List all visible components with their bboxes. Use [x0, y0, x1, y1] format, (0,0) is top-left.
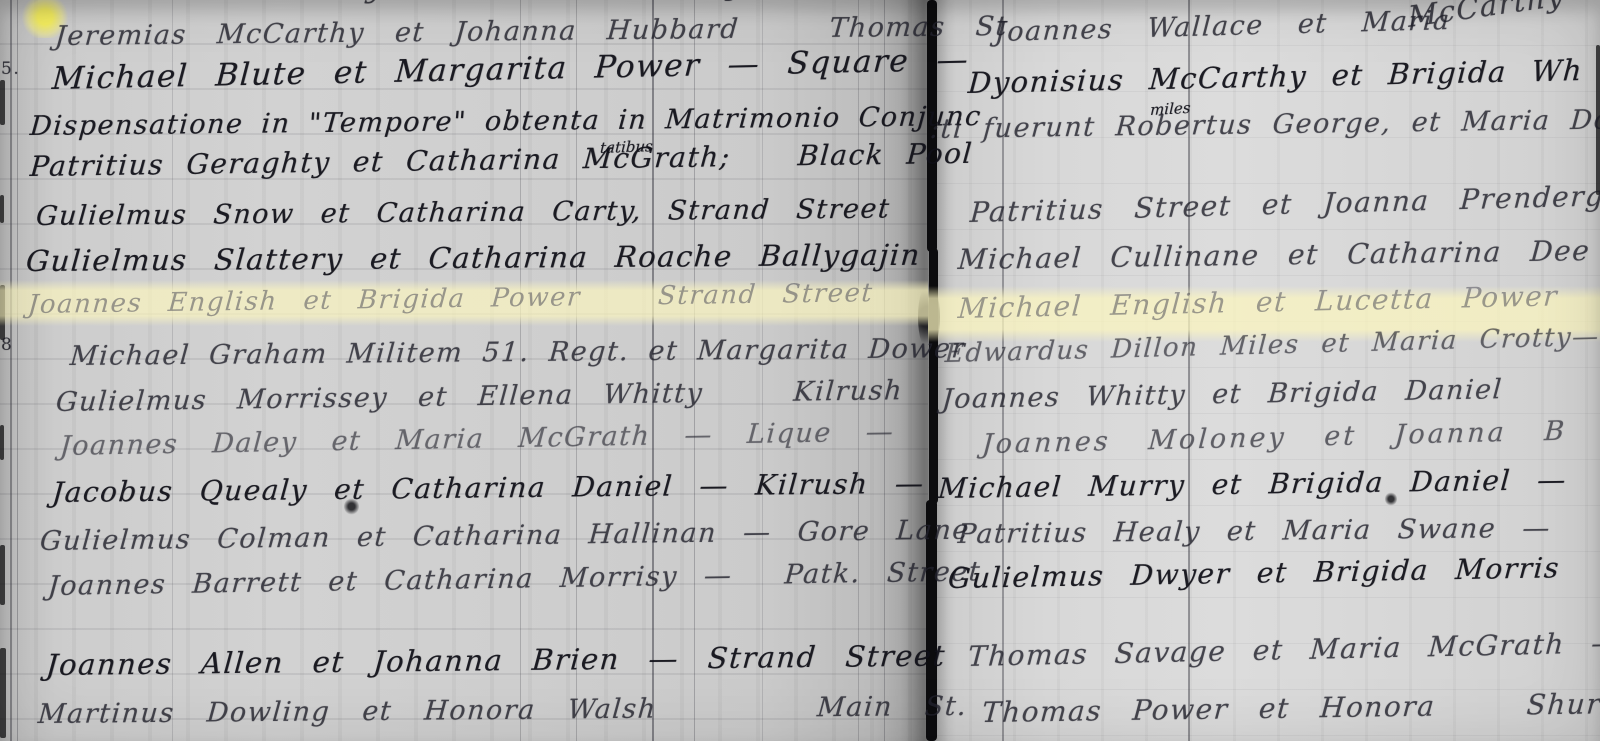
record-line: Gulielmus Slattery et Catharina Roache B… — [25, 240, 922, 278]
margin-number: 8 — [1, 336, 13, 355]
ruled-line — [1002, 0, 1004, 741]
edge-mark — [0, 425, 4, 460]
ruled-line — [17, 0, 18, 741]
ruled-line — [10, 0, 12, 741]
margin-number: 5. — [1, 60, 20, 79]
superscript-annotation: miles — [1150, 100, 1191, 119]
record-line: Patritius Healy et Maria Swane — — [957, 514, 1552, 550]
superscript-annotation: tatibus — [600, 138, 654, 156]
register-scan-image[interactable]: Michael Morrissey et Ellena Mulcahy Main… — [0, 0, 1600, 741]
edge-mark — [0, 80, 5, 125]
edge-mark — [0, 648, 6, 738]
edge-mark — [0, 545, 5, 605]
edge-mark — [0, 195, 4, 223]
